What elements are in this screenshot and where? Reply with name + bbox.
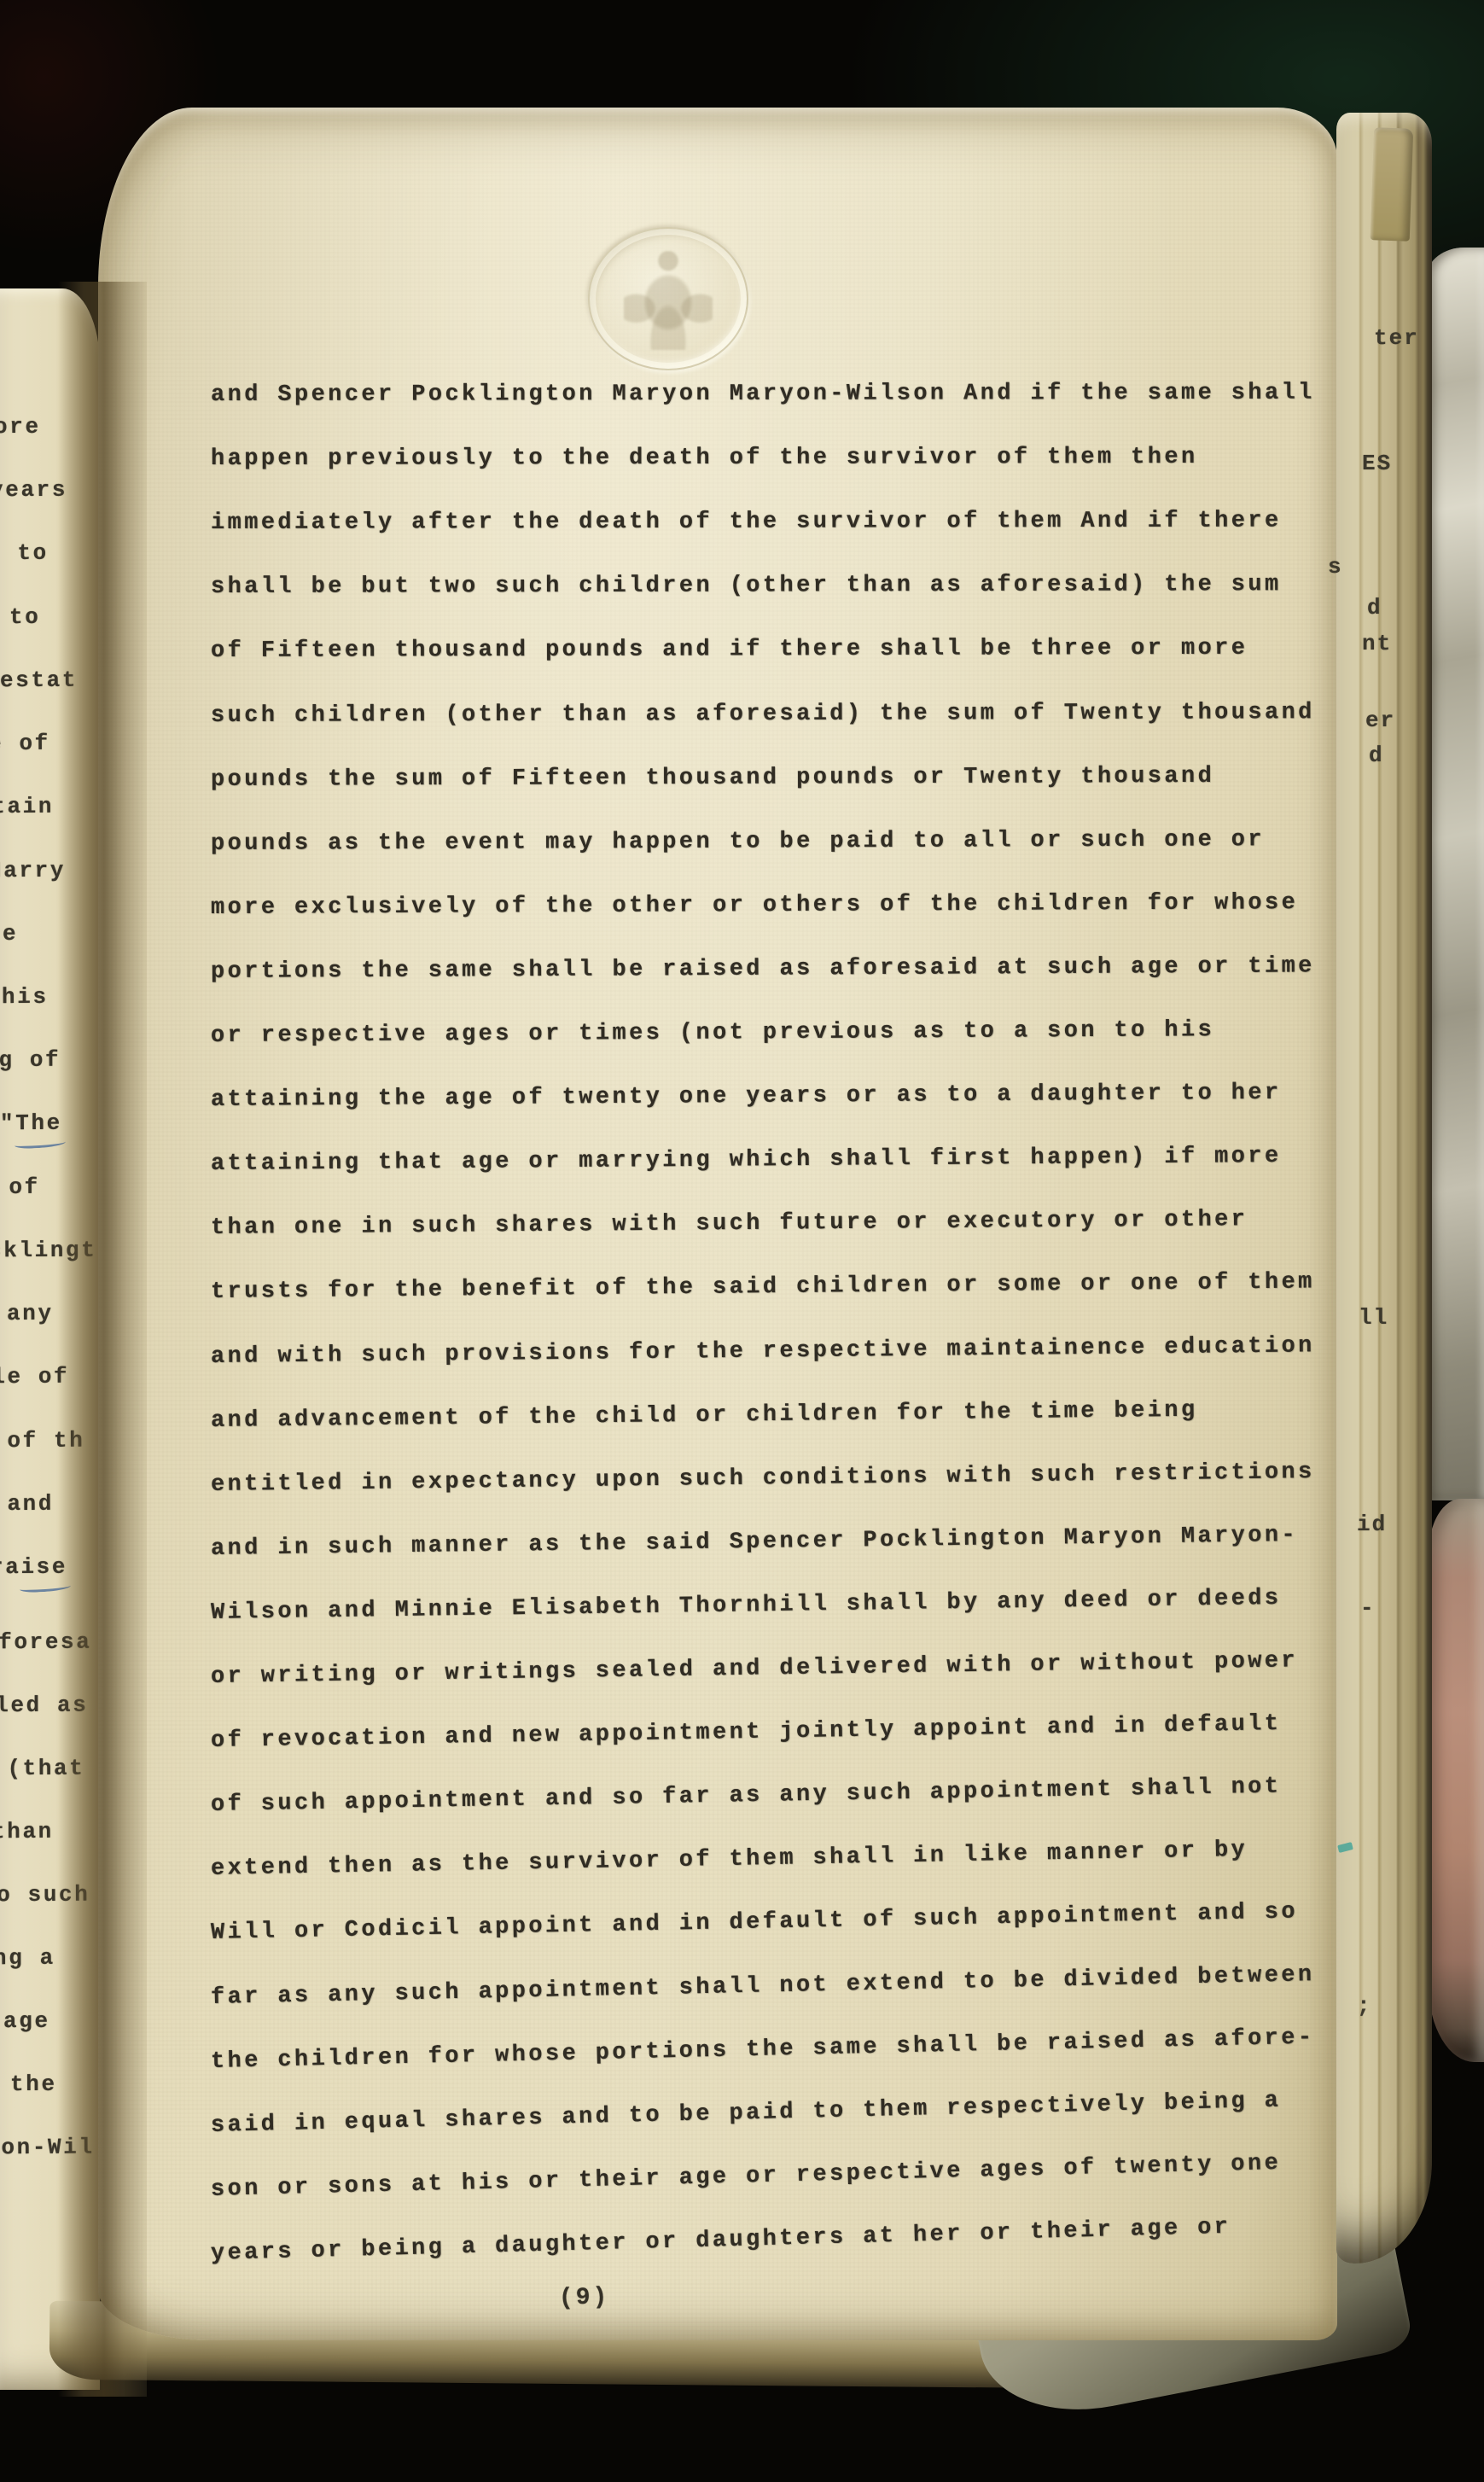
left-page-text-fragment: ng a [0,1943,55,1972]
left-page-text-fragment: e of [0,729,50,758]
left-page-text-fragment: ore [0,412,41,441]
left-page-text-fragment: age [3,2007,50,2036]
left-page-text-fragment: any [7,1299,54,1328]
page-edge-text-fragment: ll [1359,1304,1388,1331]
page-edge-text-fragment: ter [1374,324,1419,352]
torn-edge-flap [1371,127,1414,242]
left-page-text-fragment: ing of [0,1046,61,1075]
left-page-text-fragment: r of [0,1173,40,1202]
glossy-sleeve [1427,248,1484,1500]
left-page-text-fragment: than [0,1817,54,1846]
right-page-edge-stack [1336,113,1432,2264]
page-edge-text-fragment: er [1365,707,1395,734]
left-page-text-fragment: "The [0,1109,62,1138]
page-edge-text-fragment: d [1367,594,1382,621]
typed-line: pounds the sum of Fifteen thousand pound… [211,762,1214,795]
typed-line: and Spencer Pocklington Maryon Maryon-Wi… [211,379,1315,410]
left-page-text-fragment: the [10,2070,57,2099]
book-photo-page: oreyearss totoestate ofttainHarryehising… [0,0,1484,2482]
fingertip [1429,1499,1484,2062]
coat-of-arms-icon [624,251,713,350]
left-page-text-fragment: to [9,603,41,632]
page-edge-text-fragment: ; [1357,1992,1372,2019]
typed-line: of Fifteen thousand pounds and if there … [211,634,1248,666]
embossed-seal-icon [588,227,748,370]
typed-line: such children (other than as aforesaid) … [211,698,1315,731]
left-page-text-fragment: e [3,919,18,948]
typed-line: happen previously to the death of the su… [211,443,1198,474]
page-number: (9) [559,2283,610,2314]
left-page-text-fragment: s and [0,1489,54,1518]
page-edge-text-fragment: - [1360,1594,1376,1622]
page-edge-text-fragment: s [1328,553,1343,580]
left-page-text-fragment: ttain [0,792,54,821]
gutter-shadow [58,282,147,2397]
page-edge-text-fragment: ES [1362,450,1392,477]
left-page-text-fragment: s to [0,539,49,568]
typed-line: shall be but two such children (other th… [211,570,1282,602]
page-edge-text-fragment: nt [1362,630,1392,657]
typed-line: or respective ages or times (not previou… [211,1016,1214,1051]
page-edge-text-fragment: id [1357,1511,1387,1538]
typed-line: portions the same shall be raised as afo… [211,952,1315,987]
left-page-text-fragment: Harry [0,856,66,885]
left-page-text-fragment: his [2,982,49,1011]
typed-line: immediately after the death of the survi… [211,507,1282,538]
page-edge-text-fragment: d [1369,742,1384,769]
typed-line: more exclusively of the other or others … [211,889,1298,923]
typed-line: pounds as the event may happen to be pai… [211,825,1265,859]
